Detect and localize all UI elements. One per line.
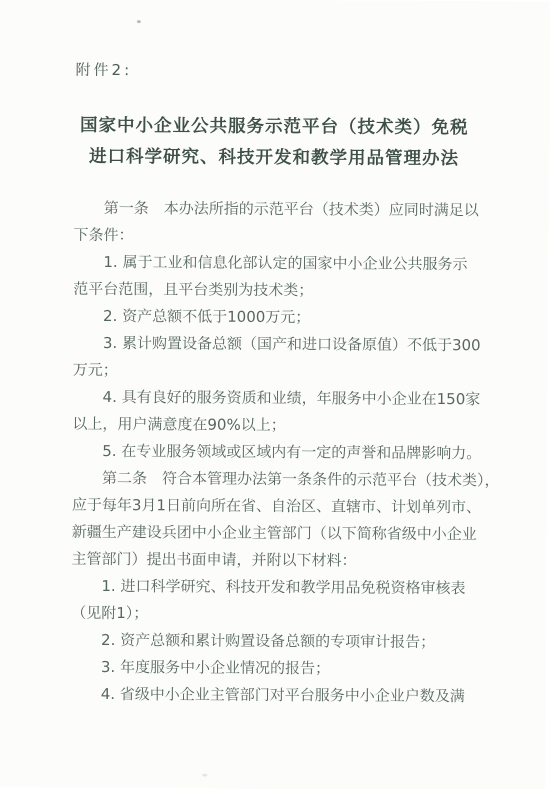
body-line: 以上，用户满意度在90%以上； [72,411,472,440]
scan-speck [137,20,141,23]
attachment-label: 附件2: [76,59,133,80]
body-line: 主管部门）提出书面申请，并附以下材料： [71,546,471,575]
body-line: 下条件： [73,222,473,251]
document-page: 附件2: 国家中小企业公共服务示范平台（技术类）免税 进口科学研究、科技开发和教… [0,0,550,789]
body-line: 2. 资产总额和累计购置设备总额的专项审计报告； [71,627,471,656]
body-line: 第二条 符合本管理办法第一条条件的示范平台（技术类）， [72,465,472,494]
body-line: 4. 省级中小企业主管部门对平台服务中小企业户数及满 [71,681,471,710]
body-line: 4. 具有良好的服务资质和业绩，年服务中小企业在150家 [72,384,472,413]
body-line: 应于每年3月1日前向所在省、自治区、直辖市、计划单列市、 [72,492,472,521]
body-line: 1. 进口科学研究、科技开发和教学用品免税资格审核表 [71,573,471,602]
body-line: 1. 属于工业和信息化部认定的国家中小企业公共服务示 [73,249,473,278]
body-line: 2. 资产总额不低于1000万元； [73,303,473,332]
body-line: 第一条 本办法所指的示范平台（技术类）应同时满足以 [74,195,474,224]
body-line: 3. 累计购置设备总额（国产和进口设备原值）不低于300 [73,330,473,359]
body-line: 万元； [73,357,473,386]
document-body: 第一条 本办法所指的示范平台（技术类）应同时满足以下条件：1. 属于工业和信息化… [71,195,474,710]
body-line: 范平台范围，且平台类别为技术类； [73,276,473,305]
body-line: 新疆生产建设兵团中小企业主管部门（以下简称省级中小企业 [72,519,472,548]
body-line: 5. 在专业服务领域或区域内有一定的声誉和品牌影响力。 [72,438,472,467]
body-line: （见附1）； [71,600,471,629]
document-title-line2: 进口科学研究、科技开发和教学用品管理办法 [69,142,479,176]
body-line: 3. 年度服务中小企业情况的报告； [71,654,471,683]
document-title-line1: 国家中小企业公共服务示范平台（技术类）免税 [69,111,479,145]
scan-speck [202,774,207,777]
document-title: 国家中小企业公共服务示范平台（技术类）免税 进口科学研究、科技开发和教学用品管理… [69,111,479,176]
